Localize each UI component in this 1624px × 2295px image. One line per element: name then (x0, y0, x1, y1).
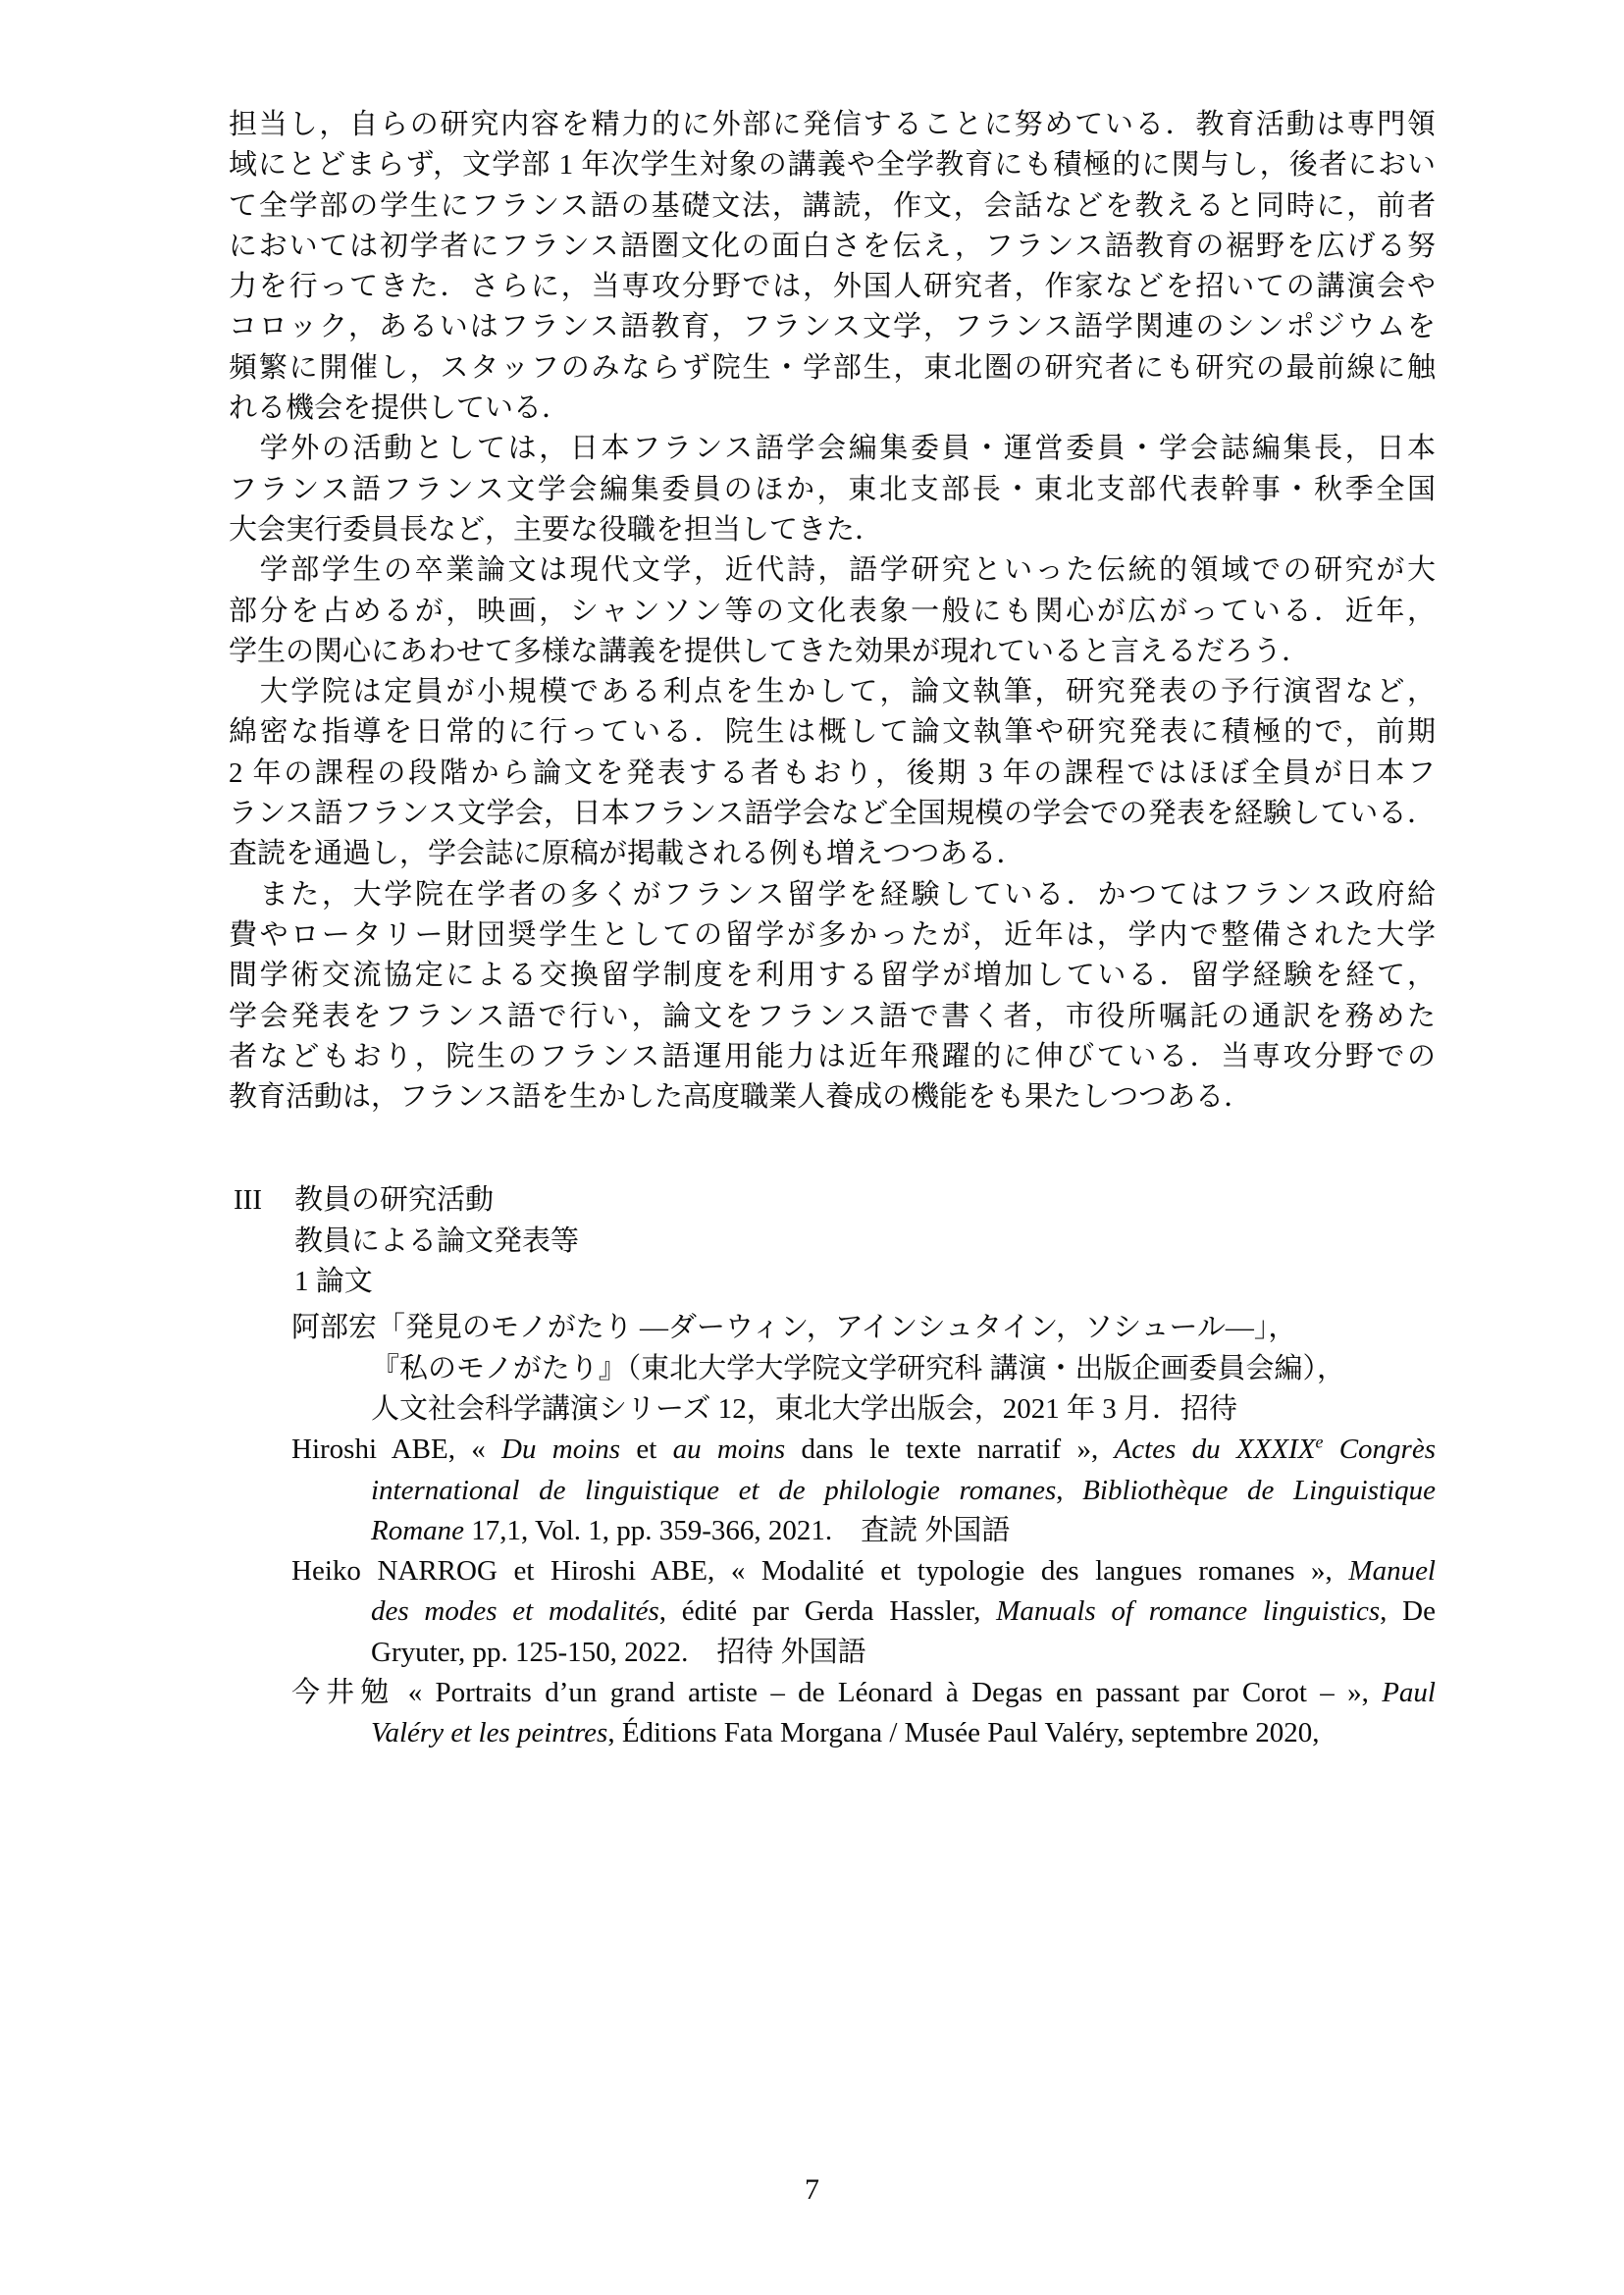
body-line: 大会実行委員長など，主要な役職を担当してきた． (229, 510, 1436, 550)
citation-text-run: Bibliothèque de Linguistique (1082, 1475, 1436, 1506)
body-line: 担当し，自らの研究内容を精力的に外部に発信することに努めている．教育活動は専門領 (229, 105, 1436, 145)
citation-text-run: Du moins (501, 1434, 620, 1465)
body-line: 学外の活動としては，日本フランス語学会編集委員・運営委員・学会誌編集長，日本 (229, 429, 1436, 469)
citation-line: 阿部宏「発見のモノがたり ―ダーウィン，アインシュタイン，ソシュール―」， (229, 1308, 1436, 1348)
body-line: 2 年の課程の段階から論文を発表する者もおり，後期 3 年の課程ではほぼ全員が日… (229, 754, 1436, 794)
citation-entry: 今井勉 « Portraits d’un grand artiste – de … (229, 1673, 1436, 1754)
body-line: また，大学院在学者の多くがフランス留学を経験している．かつてはフランス政府給 (229, 875, 1436, 915)
citation-line: 『私のモノがたり』（東北大学大学院文学研究科 講演・出版企画委員会編）， (229, 1349, 1436, 1389)
body-line: においては初学者にフランス語圏文化の面白さを伝え，フランス語教育の裾野を広げる努 (229, 227, 1436, 267)
citation-text-run: Hiroshi ABE, « (291, 1434, 501, 1465)
section-heading: III教員の研究活動 (229, 1180, 1436, 1221)
citation-text-run: , (1056, 1475, 1082, 1506)
body-line: 力を行ってきた．さらに，当専攻分野では，外国人研究者，作家などを招いての講演会や (229, 267, 1436, 307)
citation-text-run: Heiko NARROG et Hiroshi ABE, « Modalité … (291, 1555, 1348, 1587)
citation-text-run: Romane (371, 1515, 464, 1546)
citation-list: 阿部宏「発見のモノがたり ―ダーウィン，アインシュタイン，ソシュール―」，『私の… (229, 1308, 1436, 1753)
citation-text-run: , Éditions Fata Morgana / Musée Paul Val… (607, 1717, 1319, 1748)
section-gap (229, 1118, 1436, 1180)
body-line: フランス語フランス文学会編集委員のほか，東北支部長・東北支部代表幹事・秋季全国 (229, 470, 1436, 510)
citation-line: Gryuter, pp. 125-150, 2022. 招待 外国語 (229, 1633, 1436, 1673)
body-paragraphs: 担当し，自らの研究内容を精力的に外部に発信することに努めている．教育活動は専門領… (229, 105, 1436, 1118)
citation-text-run: 阿部宏「発見のモノがたり ―ダーウィン，アインシュタイン，ソシュール―」， (291, 1312, 1296, 1343)
body-line: 査読を通過し，学会誌に原稿が掲載される例も増えつつある． (229, 834, 1436, 874)
citation-line: 今井勉 « Portraits d’un grand artiste – de … (229, 1673, 1436, 1713)
body-line: 学生の関心にあわせて多様な講義を提供してきた効果が現れていると言えるだろう． (229, 632, 1436, 672)
citation-text-run: Congrès (1323, 1434, 1436, 1465)
citation-line: Romane 17,1, Vol. 1, pp. 359-366, 2021. … (229, 1511, 1436, 1551)
section-numeral: III (229, 1180, 294, 1221)
citation-text-run: Paul (1382, 1677, 1436, 1708)
citation-text-run: Manuals of romance linguistics (996, 1595, 1380, 1627)
body-line: 教育活動は，フランス語を生かした高度職業人養成の機能をも果たしつつある． (229, 1077, 1436, 1118)
body-line: 者などもおり，院生のフランス語運用能力は近年飛躍的に伸びている．当専攻分野での (229, 1037, 1436, 1077)
section-title: 教員の研究活動 (294, 1184, 494, 1216)
citation-text-run: des modes et modalités (371, 1595, 659, 1627)
citation-text-run: au moins (673, 1434, 786, 1465)
body-line: 頻繁に開催し，スタッフのみならず院生・学部生，東北圏の研究者にも研究の最前線に触 (229, 348, 1436, 389)
body-line: 綿密な指導を日常的に行っている．院生は概して論文執筆や研究発表に積極的で，前期 (229, 712, 1436, 753)
citation-line: 人文社会科学講演シリーズ 12，東北大学出版会，2021 年 3 月．招待 (229, 1389, 1436, 1430)
citation-line: Valéry et les peintres, Éditions Fata Mo… (229, 1713, 1436, 1753)
body-line: れる機会を提供している． (229, 389, 1436, 429)
body-line: て全学部の学生にフランス語の基礎文法，講読，作文，会話などを教えると同時に，前者 (229, 186, 1436, 227)
citation-text-run: 今井勉 « Portraits d’un grand artiste – de … (291, 1677, 1382, 1708)
page-content: 担当し，自らの研究内容を精力的に外部に発信することに努めている．教育活動は専門領… (229, 105, 1436, 1754)
citation-text-run: , De (1380, 1595, 1436, 1627)
citation-text-run: , édité par Gerda Hassler, (659, 1595, 996, 1627)
body-line: コロック，あるいはフランス語教育，フランス文学，フランス語学関連のシンポジウムを (229, 307, 1436, 347)
citation-line: international de linguistique et de phil… (229, 1471, 1436, 1511)
citation-entry: 阿部宏「発見のモノがたり ―ダーウィン，アインシュタイン，ソシュール―」，『私の… (229, 1308, 1436, 1430)
citation-text-run: 『私のモノがたり』（東北大学大学院文学研究科 講演・出版企画委員会編）， (371, 1353, 1345, 1384)
body-line: 学部学生の卒業論文は現代文学，近代詩，語学研究といった伝統的領域での研究が大 (229, 550, 1436, 591)
section-subtitle: 教員による論文発表等 (229, 1222, 1436, 1262)
body-line: ランス語フランス文学会，日本フランス語学会など全国規模の学会での発表を経験してい… (229, 794, 1436, 834)
citation-text-run: international de linguistique et de phil… (371, 1475, 1056, 1506)
citation-text-run: Manuel (1348, 1555, 1436, 1587)
citation-entry: Heiko NARROG et Hiroshi ABE, « Modalité … (229, 1551, 1436, 1673)
citation-text-run: Gryuter, pp. 125-150, 2022. 招待 外国語 (371, 1637, 866, 1668)
body-line: 間学術交流協定による交換留学制度を利用する留学が増加している．留学経験を経て， (229, 956, 1436, 996)
section-list-label: 1 論文 (229, 1262, 1436, 1302)
body-line: 域にとどまらず，文学部 1 年次学生対象の講義や全学教育にも積極的に関与し，後者… (229, 145, 1436, 185)
citation-entry: Hiroshi ABE, « Du moins et au moins dans… (229, 1430, 1436, 1551)
body-line: 大学院は定員が小規模である利点を生かして，論文執筆，研究発表の予行演習など， (229, 672, 1436, 712)
body-line: 部分を占めるが，映画，シャンソン等の文化表象一般にも関心が広がっている．近年， (229, 592, 1436, 632)
body-line: 費やロータリー財団奨学生としての留学が多かったが，近年は，学内で整備された大学 (229, 915, 1436, 956)
citation-text-run: 人文社会科学講演シリーズ 12，東北大学出版会，2021 年 3 月．招待 (371, 1393, 1237, 1425)
citation-text-run: dans le texte narratif », (785, 1434, 1114, 1465)
body-line: 学会発表をフランス語で行い，論文をフランス語で書く者，市役所嘱託の通訳を務めた (229, 997, 1436, 1037)
citation-line: Hiroshi ABE, « Du moins et au moins dans… (229, 1430, 1436, 1470)
citation-line: des modes et modalités, édité par Gerda … (229, 1591, 1436, 1632)
citation-line: Heiko NARROG et Hiroshi ABE, « Modalité … (229, 1551, 1436, 1591)
citation-text-run: 17,1, Vol. 1, pp. 359-366, 2021. 査読 外国語 (464, 1515, 1010, 1546)
citation-text-run: Actes du XXXIX (1115, 1434, 1316, 1465)
document-page: 担当し，自らの研究内容を精力的に外部に発信することに努めている．教育活動は専門領… (0, 0, 1624, 2295)
citation-text-run: Valéry et les peintres (371, 1717, 607, 1748)
page-number: 7 (0, 2172, 1624, 2208)
citation-text-run: et (620, 1434, 673, 1465)
